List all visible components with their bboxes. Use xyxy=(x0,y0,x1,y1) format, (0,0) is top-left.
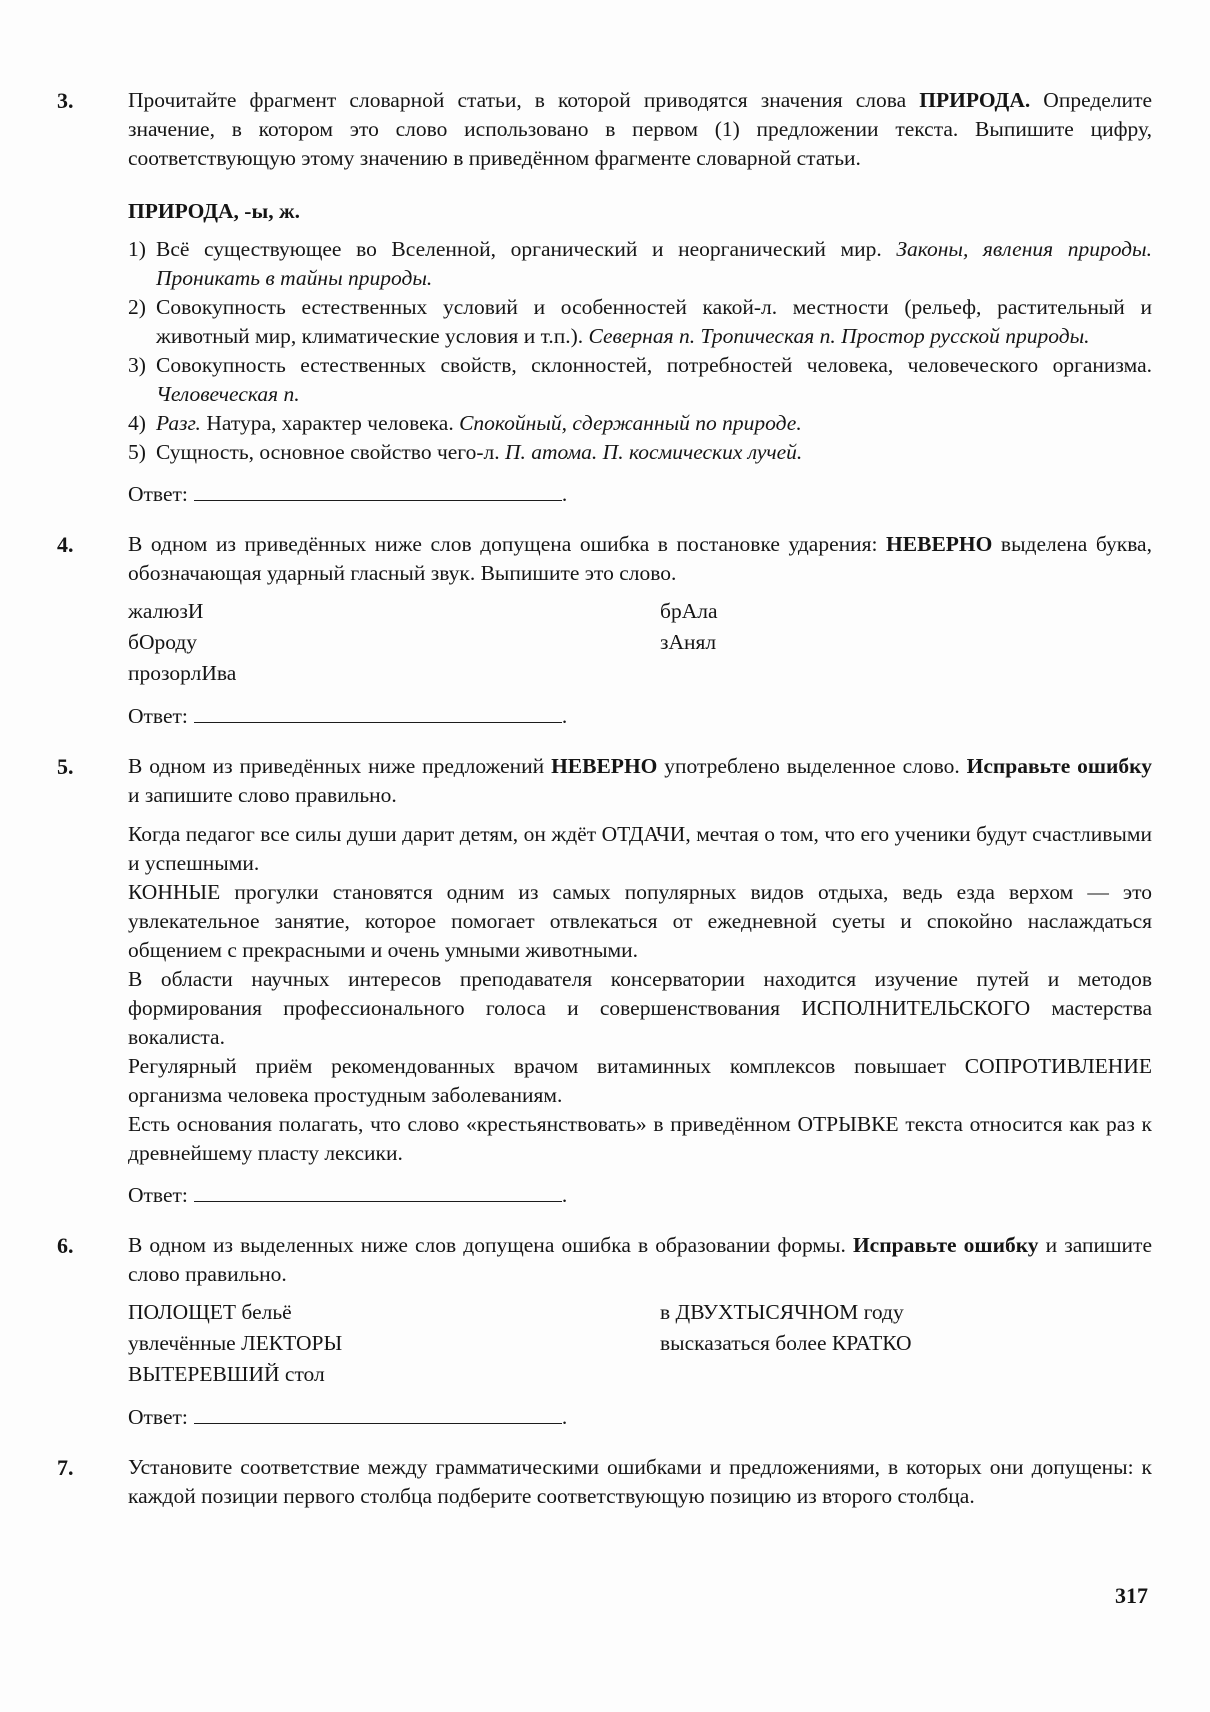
answer-label: Ответ: xyxy=(128,1405,188,1429)
word-row: бОроду зАнял xyxy=(128,627,1152,658)
word-item xyxy=(660,1359,1152,1390)
dictionary-item-2-text: Совокупность естественных условий и особ… xyxy=(156,293,1152,351)
answer-row-q3: Ответ:. xyxy=(128,480,1152,509)
word-item: высказаться более КРАТКО xyxy=(660,1328,1152,1359)
word-item: зАнял xyxy=(660,627,1152,658)
dictionary-item-1: 1) Всё существующее во Вселенной, органи… xyxy=(128,235,1152,293)
answer-blank xyxy=(194,1186,562,1202)
question-3-number: 3. xyxy=(57,86,74,115)
answer-row-q5: Ответ:. xyxy=(128,1181,1152,1210)
question-7: 7. Установите соответствие между граммат… xyxy=(57,1453,1152,1511)
question-4-intro: В одном из приведённых ниже слов допущен… xyxy=(128,530,1152,588)
question-3: 3. Прочитайте фрагмент словарной статьи,… xyxy=(57,86,1152,509)
word-item xyxy=(660,658,1152,689)
answer-suffix: . xyxy=(562,704,567,728)
dictionary-item-1-marker: 1) xyxy=(128,235,156,293)
sentence: Регулярный приём рекомендованных врачом … xyxy=(128,1052,1152,1110)
answer-row-q6: Ответ:. xyxy=(128,1403,1152,1432)
answer-suffix: . xyxy=(562,1405,567,1429)
word-item: ПОЛОЩЕТ бельё xyxy=(128,1297,660,1328)
question-5-sentences: Когда педагог все силы души дарит детям,… xyxy=(128,820,1152,1168)
question-4-word-list: жалюзИ брАла бОроду зАнял прозорлИва xyxy=(128,596,1152,689)
sentence: В области научных интересов преподавател… xyxy=(128,965,1152,1052)
word-row: ВЫТЕРЕВШИЙ стол xyxy=(128,1359,1152,1390)
word-row: ПОЛОЩЕТ бельё в ДВУХТЫСЯЧНОМ году xyxy=(128,1297,1152,1328)
question-3-intro: Прочитайте фрагмент словарной статьи, в … xyxy=(128,86,1152,173)
answer-blank xyxy=(194,485,562,501)
exam-page: 3. Прочитайте фрагмент словарной статьи,… xyxy=(0,0,1210,1712)
question-6-intro: В одном из выделенных ниже слов допущена… xyxy=(128,1231,1152,1289)
dictionary-item-5-text: Сущность, основное свойство чего-л. П. а… xyxy=(156,438,1152,467)
word-item: прозорлИва xyxy=(128,658,660,689)
answer-label: Ответ: xyxy=(128,704,188,728)
dictionary-item-4-text: Разг. Натура, характер человека. Спокойн… xyxy=(156,409,1152,438)
question-5-number: 5. xyxy=(57,752,74,781)
question-5-intro: В одном из приведённых ниже предложений … xyxy=(128,752,1152,810)
dictionary-item-1-text: Всё существующее во Вселенной, органичес… xyxy=(156,235,1152,293)
word-row: жалюзИ брАла xyxy=(128,596,1152,627)
question-6-number: 6. xyxy=(57,1231,74,1260)
answer-suffix: . xyxy=(562,482,567,506)
dictionary-item-2-marker: 2) xyxy=(128,293,156,351)
question-5: 5. В одном из приведённых ниже предложен… xyxy=(57,752,1152,1210)
sentence: КОННЫЕ прогулки становятся одним из самы… xyxy=(128,878,1152,965)
word-item: брАла xyxy=(660,596,1152,627)
answer-blank xyxy=(194,1408,562,1424)
word-item: ВЫТЕРЕВШИЙ стол xyxy=(128,1359,660,1390)
word-row: прозорлИва xyxy=(128,658,1152,689)
dictionary-item-3-marker: 3) xyxy=(128,351,156,409)
dictionary-item-5-marker: 5) xyxy=(128,438,156,467)
dictionary-item-5: 5) Сущность, основное свойство чего-л. П… xyxy=(128,438,1152,467)
dictionary-item-4-marker: 4) xyxy=(128,409,156,438)
answer-label: Ответ: xyxy=(128,482,188,506)
dictionary-item-2: 2) Совокупность естественных условий и о… xyxy=(128,293,1152,351)
sentence: Есть основания полагать, что слово «крес… xyxy=(128,1110,1152,1168)
question-7-intro: Установите соответствие между грамматиче… xyxy=(128,1453,1152,1511)
word-item: увлечённые ЛЕКТОРЫ xyxy=(128,1328,660,1359)
answer-blank xyxy=(194,707,562,723)
page-number: 317 xyxy=(1115,1583,1148,1609)
question-7-number: 7. xyxy=(57,1453,74,1482)
word-row: увлечённые ЛЕКТОРЫ высказаться более КРА… xyxy=(128,1328,1152,1359)
dictionary-entry-heading: ПРИРОДА, -ы, ж. xyxy=(128,197,1152,226)
word-item: жалюзИ xyxy=(128,596,660,627)
page-content: 3. Прочитайте фрагмент словарной статьи,… xyxy=(57,86,1152,1532)
question-6: 6. В одном из выделенных ниже слов допущ… xyxy=(57,1231,1152,1432)
answer-suffix: . xyxy=(562,1183,567,1207)
dictionary-item-3: 3) Совокупность естественных свойств, ск… xyxy=(128,351,1152,409)
word-item: бОроду xyxy=(128,627,660,658)
answer-label: Ответ: xyxy=(128,1183,188,1207)
question-6-word-list: ПОЛОЩЕТ бельё в ДВУХТЫСЯЧНОМ году увлечё… xyxy=(128,1297,1152,1390)
question-4: 4. В одном из приведённых ниже слов допу… xyxy=(57,530,1152,731)
answer-row-q4: Ответ:. xyxy=(128,702,1152,731)
sentence: Когда педагог все силы души дарит детям,… xyxy=(128,820,1152,878)
question-4-number: 4. xyxy=(57,530,74,559)
word-item: в ДВУХТЫСЯЧНОМ году xyxy=(660,1297,1152,1328)
dictionary-item-3-text: Совокупность естественных свойств, склон… xyxy=(156,351,1152,409)
dictionary-item-4: 4) Разг. Натура, характер человека. Спок… xyxy=(128,409,1152,438)
